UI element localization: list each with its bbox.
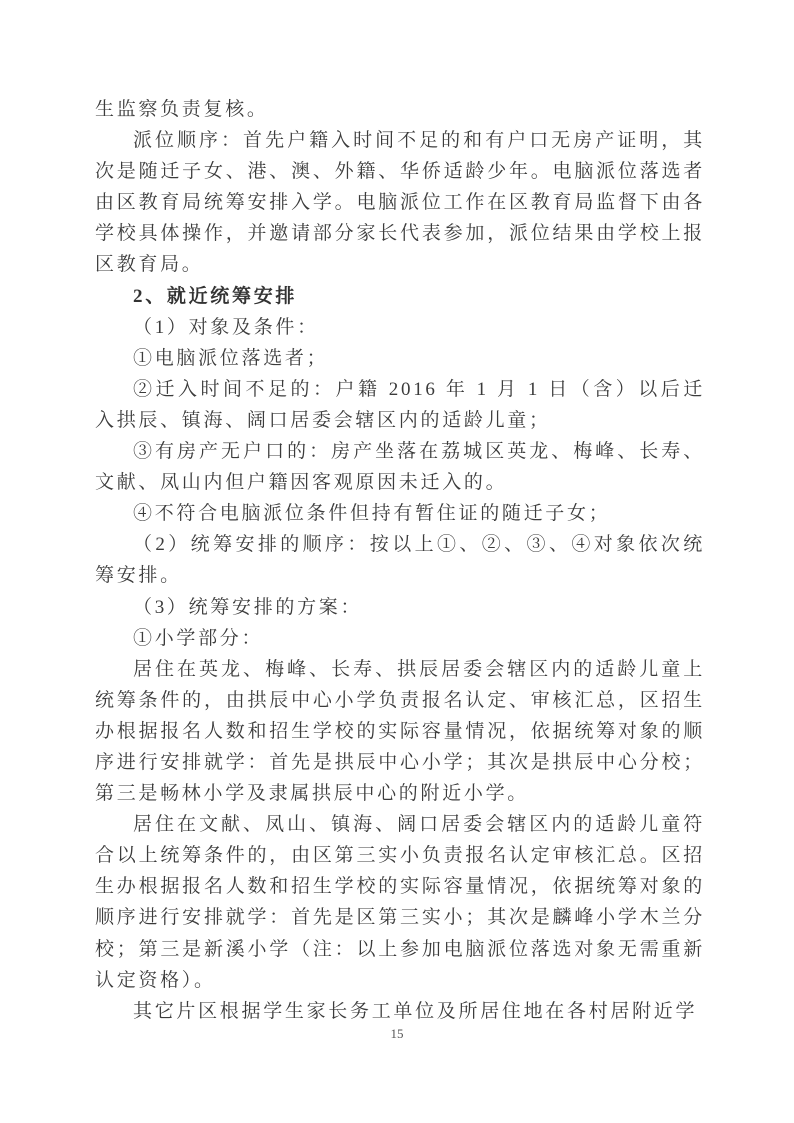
paragraph-primary-school-part-label: ①小学部分： xyxy=(95,623,705,654)
paragraph-continuation: 生监察负责复核。 xyxy=(95,94,705,125)
paragraph-gongchen-area-plan: 居住在英龙、梅峰、长寿、拱辰居委会辖区内的适龄儿童上统筹条件的，由拱辰中心小学负… xyxy=(95,654,705,809)
paragraph-other-districts: 其它片区根据学生家长务工单位及所居住地在各村居附近学 xyxy=(95,996,705,1027)
list-item-circle1: ①电脑派位落选者； xyxy=(95,343,705,374)
list-item-circle4: ④不符合电脑派位条件但持有暂住证的随迁子女； xyxy=(95,498,705,529)
paragraph-allocation-order: 派位顺序：首先户籍入时间不足的和有户口无房产证明，其次是随迁子女、港、澳、外籍、… xyxy=(95,125,705,280)
paragraph-wenxian-area-plan: 居住在文献、凤山、镇海、阔口居委会辖区内的适龄儿童符合以上统筹条件的，由区第三实… xyxy=(95,809,705,996)
list-item-circle2: ②迁入时间不足的：户籍 2016 年 1 月 1 日（含）以后迁入拱辰、镇海、阔… xyxy=(95,374,705,436)
list-item-circle3: ③有房产无户口的：房产坐落在荔城区英龙、梅峰、长寿、文献、凤山内但户籍因客观原因… xyxy=(95,436,705,498)
document-body: 生监察负责复核。 派位顺序：首先户籍入时间不足的和有户口无房产证明，其次是随迁子… xyxy=(95,94,705,1027)
paragraph-target-and-conditions-label: （1）对象及条件： xyxy=(95,312,705,343)
page-number: 15 xyxy=(0,1026,794,1042)
document-page: 生监察负责复核。 派位顺序：首先户籍入时间不足的和有户口无房产证明，其次是随迁子… xyxy=(0,0,794,1123)
heading-nearby-overall-arrangement: 2、就近统筹安排 xyxy=(95,281,705,312)
paragraph-arrangement-order: （2）统筹安排的顺序：按以上①、②、③、④对象依次统筹安排。 xyxy=(95,529,705,591)
paragraph-arrangement-plan-label: （3）统筹安排的方案： xyxy=(95,592,705,623)
